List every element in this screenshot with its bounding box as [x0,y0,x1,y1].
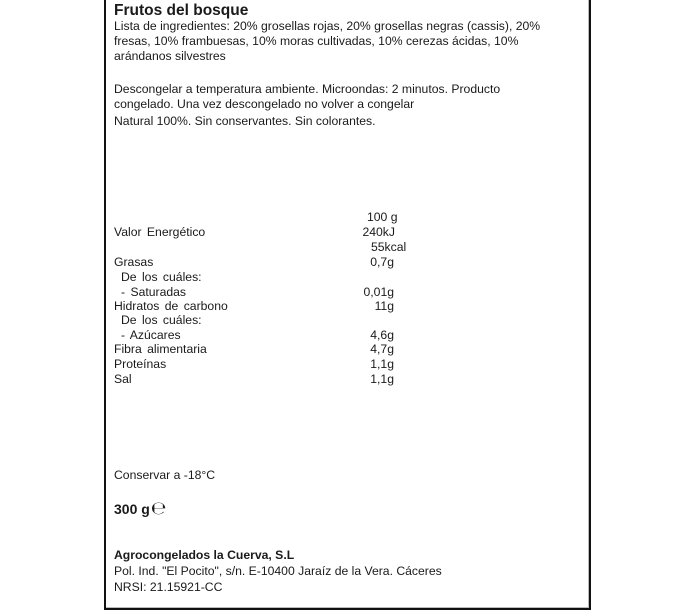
nutrition-value: 4,7g [370,342,394,357]
nutrition-label: - Saturadas [114,285,186,300]
nutrition-label: Fibra alimentaria [114,342,207,357]
product-claims: Natural 100%. Sin conservantes. Sin colo… [114,114,584,129]
net-weight-value: 300 g [114,501,150,517]
instructions-line: Descongelar a temperatura ambiente. Micr… [114,82,584,97]
instructions-line: congelado. Una vez descongelado no volve… [114,97,584,112]
nutrition-value: 240kJ [362,225,395,240]
manufacturer-registry: NRSI: 21.15921-CC [114,580,222,595]
ingredients-line: arándanos silvestres [114,49,584,64]
estimated-sign-icon: ℮ [151,498,166,519]
nutrition-per-label: 100 g [367,210,398,225]
nutrition-label: Hidratos de carbono [114,299,228,314]
nutrition-label: De los cuáles: [114,313,202,328]
nutrition-row-energy: Valor Energético 240kJ [114,225,394,240]
product-title: Frutos del bosque [114,2,248,20]
nutrition-label: Proteínas [114,357,166,372]
nutrition-row: De los cuáles: [114,270,394,285]
nutrition-row: De los cuáles: [114,313,394,328]
storage-instructions: Conservar a -18°C [114,468,215,483]
nutrition-value: 4,6g [370,328,394,343]
ingredients-line: Lista de ingredientes: 20% grosellas roj… [114,19,584,34]
nutrition-row: Sal 1,1g [114,372,394,387]
nutrition-value: 0,01g [364,285,395,300]
nutrition-label: De los cuáles: [114,270,202,285]
nutrition-label: Valor Energético [114,225,205,240]
nutrition-value: 0,7g [370,255,394,270]
nutrition-row: Grasas 0,7g [114,255,394,270]
nutrition-label: Sal [114,372,132,387]
nutrition-row: - Saturadas 0,01g [114,285,394,300]
ingredients-line: fresas, 10% frambuesas, 10% moras cultiv… [114,34,584,49]
nutrition-value: 1,1g [370,372,394,387]
nutrition-row: Fibra alimentaria 4,7g [114,342,394,357]
nutrition-value: 1,1g [370,357,394,372]
nutrition-energy-kcal: 55kcal [371,240,406,255]
ingredients-list: Lista de ingredientes: 20% grosellas roj… [114,19,584,65]
nutrition-row: Proteínas 1,1g [114,357,394,372]
nutrition-row: Hidratos de carbono 11g [114,299,394,314]
manufacturer-name: Agrocongelados la Cuerva, S.L [114,548,294,563]
preparation-instructions: Descongelar a temperatura ambiente. Micr… [114,82,584,112]
nutrition-label: Grasas [114,255,153,270]
net-weight: 300 g℮ [114,500,166,518]
nutrition-row: - Azúcares 4,6g [114,328,394,343]
nutrition-label: - Azúcares [114,328,181,343]
manufacturer-address: Pol. Ind. "El Pocito", s/n. E-10400 Jara… [114,564,442,579]
nutrition-value: 11g [375,299,394,314]
